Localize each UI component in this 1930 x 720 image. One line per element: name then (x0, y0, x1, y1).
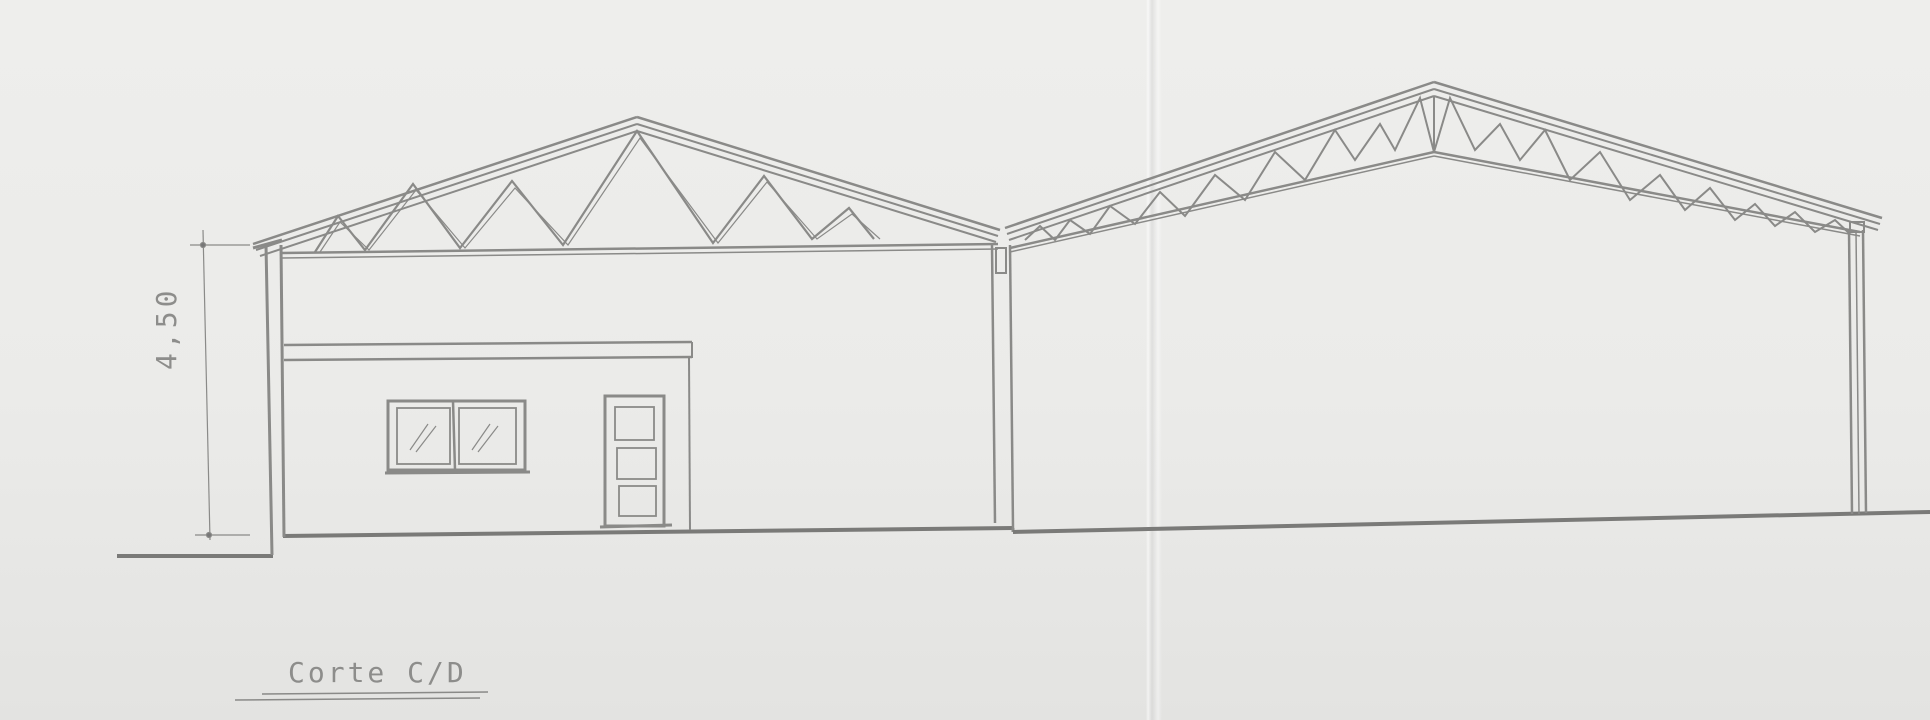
section-title: Corte C/D (288, 656, 467, 689)
right-truss (1005, 82, 1882, 252)
left-truss (253, 117, 1000, 258)
window (385, 401, 530, 473)
ground-line (117, 512, 1930, 556)
height-dimension (190, 230, 250, 540)
door (600, 396, 672, 527)
caption-underline (235, 692, 488, 700)
height-dimension-label: 4,50 (150, 287, 183, 370)
right-column (1849, 222, 1866, 514)
left-wall (253, 240, 284, 555)
annex (284, 342, 692, 530)
middle-column (992, 245, 1013, 528)
section-drawing (0, 0, 1930, 720)
